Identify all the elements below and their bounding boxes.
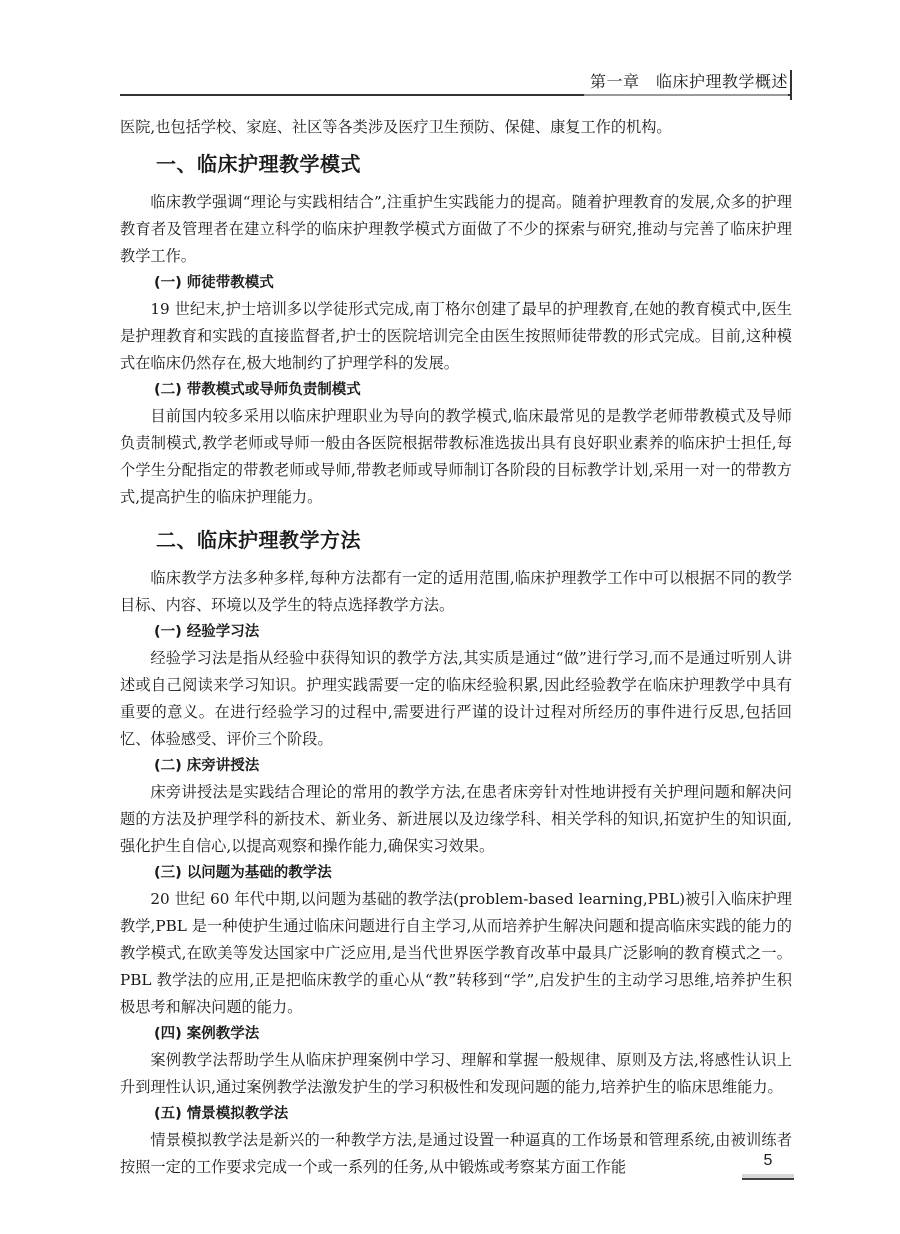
apprentice-model-paragraph: 19 世纪末,护士培训多以学徒形式完成,南丁格尔创建了最早的护理教育,在她的教育… xyxy=(120,296,792,377)
case-teaching-paragraph: 案例教学法帮助学生从临床护理案例中学习、理解和掌握一般规律、原则及方法,将感性认… xyxy=(120,1047,792,1101)
section2-intro-paragraph: 临床教学方法多种多样,每种方法都有一定的适用范围,临床护理教学工作中可以根据不同… xyxy=(120,565,792,619)
chapter-running-title: 第一章 临床护理教学概述 xyxy=(584,72,788,96)
section1-intro-paragraph: 临床教学强调“理论与实践相结合”,注重护生实践能力的提高。随着护理教育的发展,众… xyxy=(120,189,792,270)
page-number: 5 xyxy=(744,1152,792,1170)
section-heading-teaching-methods: 二、临床护理教学方法 xyxy=(120,525,792,555)
subsection-heading-experiential-learning: (一) 经验学习法 xyxy=(120,619,792,645)
subsection-heading-pbl: (三) 以问题为基础的教学法 xyxy=(120,860,792,886)
header-vertical-rule xyxy=(790,70,792,100)
pbl-paragraph: 20 世纪 60 年代中期,以问题为基础的教学法(problem-based l… xyxy=(120,886,792,1021)
subsection-heading-apprentice-model: (一) 师徒带教模式 xyxy=(120,270,792,296)
subsection-heading-bedside-teaching: (二) 床旁讲授法 xyxy=(120,753,792,779)
subsection-heading-simulation-teaching: (五) 情景模拟教学法 xyxy=(120,1101,792,1127)
simulation-teaching-paragraph: 情景模拟教学法是新兴的一种教学方法,是通过设置一种逼真的工作场景和管理系统,由被… xyxy=(120,1127,792,1181)
running-header: 第一章 临床护理教学概述 xyxy=(120,72,792,96)
page-body: 医院,也包括学校、家庭、社区等各类涉及医疗卫生预防、保健、康复工作的机构。 一、… xyxy=(120,114,792,1181)
intro-continuation-paragraph: 医院,也包括学校、家庭、社区等各类涉及医疗卫生预防、保健、康复工作的机构。 xyxy=(120,114,792,141)
bedside-teaching-paragraph: 床旁讲授法是实践结合理论的常用的教学方法,在患者床旁针对性地讲授有关护理问题和解… xyxy=(120,779,792,860)
subsection-heading-case-teaching: (四) 案例教学法 xyxy=(120,1021,792,1047)
mentor-model-paragraph: 目前国内较多采用以临床护理职业为导向的教学模式,临床最常见的是教学老师带教模式及… xyxy=(120,403,792,511)
subsection-heading-mentor-model: (二) 带教模式或导师负责制模式 xyxy=(120,377,792,403)
page-number-rule xyxy=(742,1174,794,1180)
section-heading-teaching-models: 一、临床护理教学模式 xyxy=(120,149,792,179)
experiential-learning-paragraph: 经验学习法是指从经验中获得知识的教学方法,其实质是通过“做”进行学习,而不是通过… xyxy=(120,645,792,753)
